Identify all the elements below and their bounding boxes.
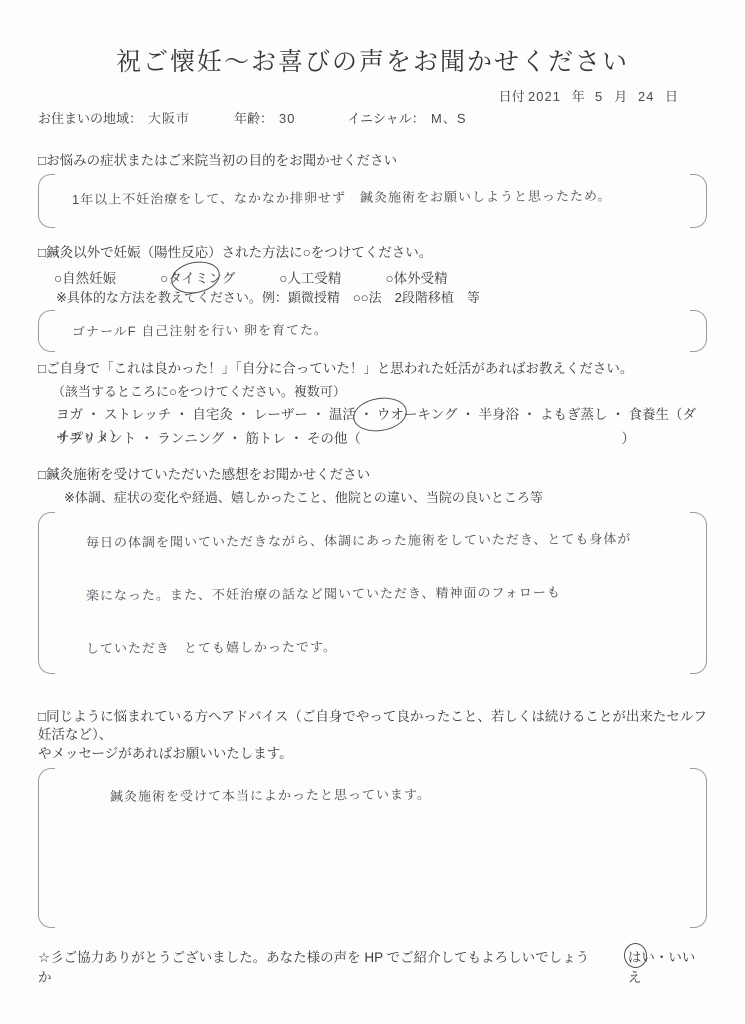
hp-consent-choice: はい・いいえ: [628, 946, 707, 986]
question3-options-line2: サプリメント ・ ランニング ・ 筋トレ ・ その他（ ）: [56, 428, 707, 450]
question1-label: □お悩みの症状またはご来院当初の目的をお聞かせください: [38, 152, 707, 170]
question3-options-line1: ヨガ ・ ストレッチ ・ 自宅灸 ・ レーザー ・ 温活 ・ ウオーキング ・ …: [56, 404, 707, 426]
question2-options-row: ○自然妊娠 ○タイミング ○人工受精 ○体外受精: [54, 266, 707, 288]
date-day-unit: 日: [665, 89, 678, 104]
scanned-questionnaire-page: 祝ご懐妊～お喜びの声をお聞かせください 日付 2021 年 5 月 24 日 お…: [0, 0, 745, 1024]
question2-note: ※具体的な方法を教えてください。例：顕微授精 ○○法 2段階移植 等: [56, 288, 707, 308]
age-value: 30: [279, 111, 296, 126]
choice-text: はい・いいえ: [628, 950, 696, 985]
option-label: ○自然妊娠: [54, 271, 116, 286]
page-title: 祝ご懐妊～お喜びの声をお聞かせください: [38, 42, 707, 78]
question4-answer-line: 毎日の体調を聞いていただきながら、体調にあった施術をしていただき、とても身体が: [86, 530, 631, 552]
question4-label: □鍼灸施術を受けていただいた感想をお聞かせください: [38, 466, 707, 484]
date-row: 日付 2021 年 5 月 24 日: [38, 86, 707, 104]
question4-answer-box: 毎日の体調を聞いていただきながら、体調にあった施術をしていただき、とても身体が …: [38, 512, 707, 674]
option-label: ○体外受精: [385, 271, 447, 286]
other-option-close-paren: ）: [622, 428, 636, 450]
question1-answer: 1年以上不妊治療をして、なかなか排卵せず 鍼灸施術をお願いしようと思ったため。: [72, 185, 612, 208]
date-month-unit: 月: [614, 89, 627, 104]
option-artificial-insemination: ○人工受精: [279, 267, 341, 287]
date-day-value: 24: [638, 89, 655, 104]
question5-answer: 鍼灸施術を受けて本当によかったと思っています。: [110, 784, 431, 805]
option-ivf: ○体外受精: [385, 267, 447, 287]
age-label: 年齢：: [234, 108, 273, 127]
footer-row: ☆彡ご協力ありがとうございました。あなた様の声を HP でご紹介してもよろしいで…: [38, 946, 707, 986]
option-natural-pregnancy: ○自然妊娠: [54, 267, 116, 287]
date-year-value: 2021: [528, 89, 561, 104]
question3-label: □ご自身で「これは良かった！」「自分に合っていた！」と思われた妊活があればお教え…: [38, 360, 707, 378]
question5-label-line2: やメッセージがあればお願いいたします。: [38, 744, 707, 764]
date-month-value: 5: [595, 89, 603, 104]
initial-value: M、S: [431, 108, 467, 127]
region-label: お住まいの地域：: [38, 108, 142, 127]
initial-label: イニシャル：: [348, 108, 425, 127]
question5-label-line1: □同じように悩まれている方へアドバイス（ご自身でやって良かったこと、若しくは続け…: [38, 708, 707, 744]
date-label: 日付: [499, 89, 525, 104]
question4-answer-line: 楽になった。また、不妊治療の話など聞いていただき、精神面のフォローも: [86, 584, 561, 605]
option-timing: ○タイミング: [160, 267, 235, 287]
question4-answer-line: していただき とても嬉しかったです。: [86, 638, 337, 658]
footer-thanks-text: ☆彡ご協力ありがとうございました。あなた様の声を HP でご紹介してもよろしいで…: [38, 946, 590, 986]
question1-answer-box: 1年以上不妊治療をして、なかなか排卵せず 鍼灸施術をお願いしようと思ったため。: [38, 174, 707, 228]
patient-info-row: お住まいの地域： 大阪市 年齢： 30 イニシャル： M、S: [38, 108, 707, 126]
option-label: ○タイミング: [160, 271, 235, 286]
question3-note: （該当するところに○をつけてください。複数可）: [52, 382, 707, 402]
region-value: 大阪市: [148, 108, 190, 127]
option-label: ○人工受精: [279, 271, 341, 286]
question2-label: □鍼灸以外で妊娠（陽性反応）された方法に○をつけてください。: [38, 244, 707, 262]
date-year-unit: 年: [572, 89, 585, 104]
question5-answer-box: 鍼灸施術を受けて本当によかったと思っています。: [38, 768, 707, 928]
question2-answer: ゴナールF 自己注射を行い 卵を育てた。: [72, 319, 328, 340]
question2-answer-box: ゴナールF 自己注射を行い 卵を育てた。: [38, 310, 707, 352]
question4-note: ※体調、症状の変化や経過、嬉しかったこと、他院との違い、当院の良いところ等: [64, 488, 707, 508]
